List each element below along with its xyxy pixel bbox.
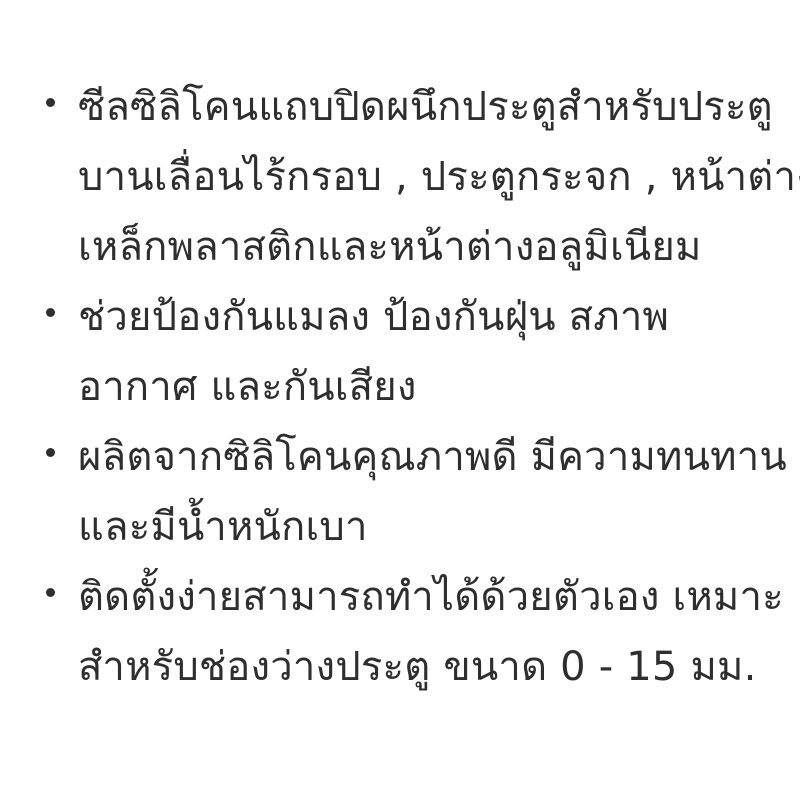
list-item: ช่วยป้องกันแมลง ป้องกันฝุ่น สภาพ อากาศ แ… (44, 282, 744, 422)
feature-text-line: ผลิตจากซิลิโคนคุณภาพดี มีความทนทาน (78, 422, 744, 492)
list-item: ซีลซิลิโคนแถบปิดผนึกประตูสำหรับประตู บาน… (44, 72, 744, 282)
feature-text-line: ซีลซิลิโคนแถบปิดผนึกประตูสำหรับประตู (78, 72, 744, 142)
list-item: ติดตั้งง่ายสามารถทำได้ด้วยตัวเอง เหมาะ ส… (44, 562, 744, 702)
feature-text-line: เหล็กพลาสติกและหน้าต่างอลูมิเนียม (78, 212, 744, 282)
feature-text-line: สำหรับช่องว่างประตู ขนาด 0 - 15 มม. (78, 632, 744, 702)
bullet-icon (46, 308, 55, 317)
bullet-icon (46, 98, 55, 107)
feature-text-line: ติดตั้งง่ายสามารถทำได้ด้วยตัวเอง เหมาะ (78, 562, 744, 632)
feature-text-line: ช่วยป้องกันแมลง ป้องกันฝุ่น สภาพ (78, 282, 744, 352)
feature-text-line: บานเลื่อนไร้กรอบ , ประตูกระจก , หน้าต่าง (78, 142, 744, 212)
feature-text-line: อากาศ และกันเสียง (78, 352, 744, 422)
bullet-icon (46, 588, 55, 597)
list-item: ผลิตจากซิลิโคนคุณภาพดี มีความทนทาน และมี… (44, 422, 744, 562)
feature-list: ซีลซิลิโคนแถบปิดผนึกประตูสำหรับประตู บาน… (0, 0, 800, 702)
product-description-page: ซีลซิลิโคนแถบปิดผนึกประตูสำหรับประตู บาน… (0, 0, 800, 800)
bullet-icon (46, 448, 55, 457)
feature-text-line: และมีน้ำหนักเบา (78, 492, 744, 562)
